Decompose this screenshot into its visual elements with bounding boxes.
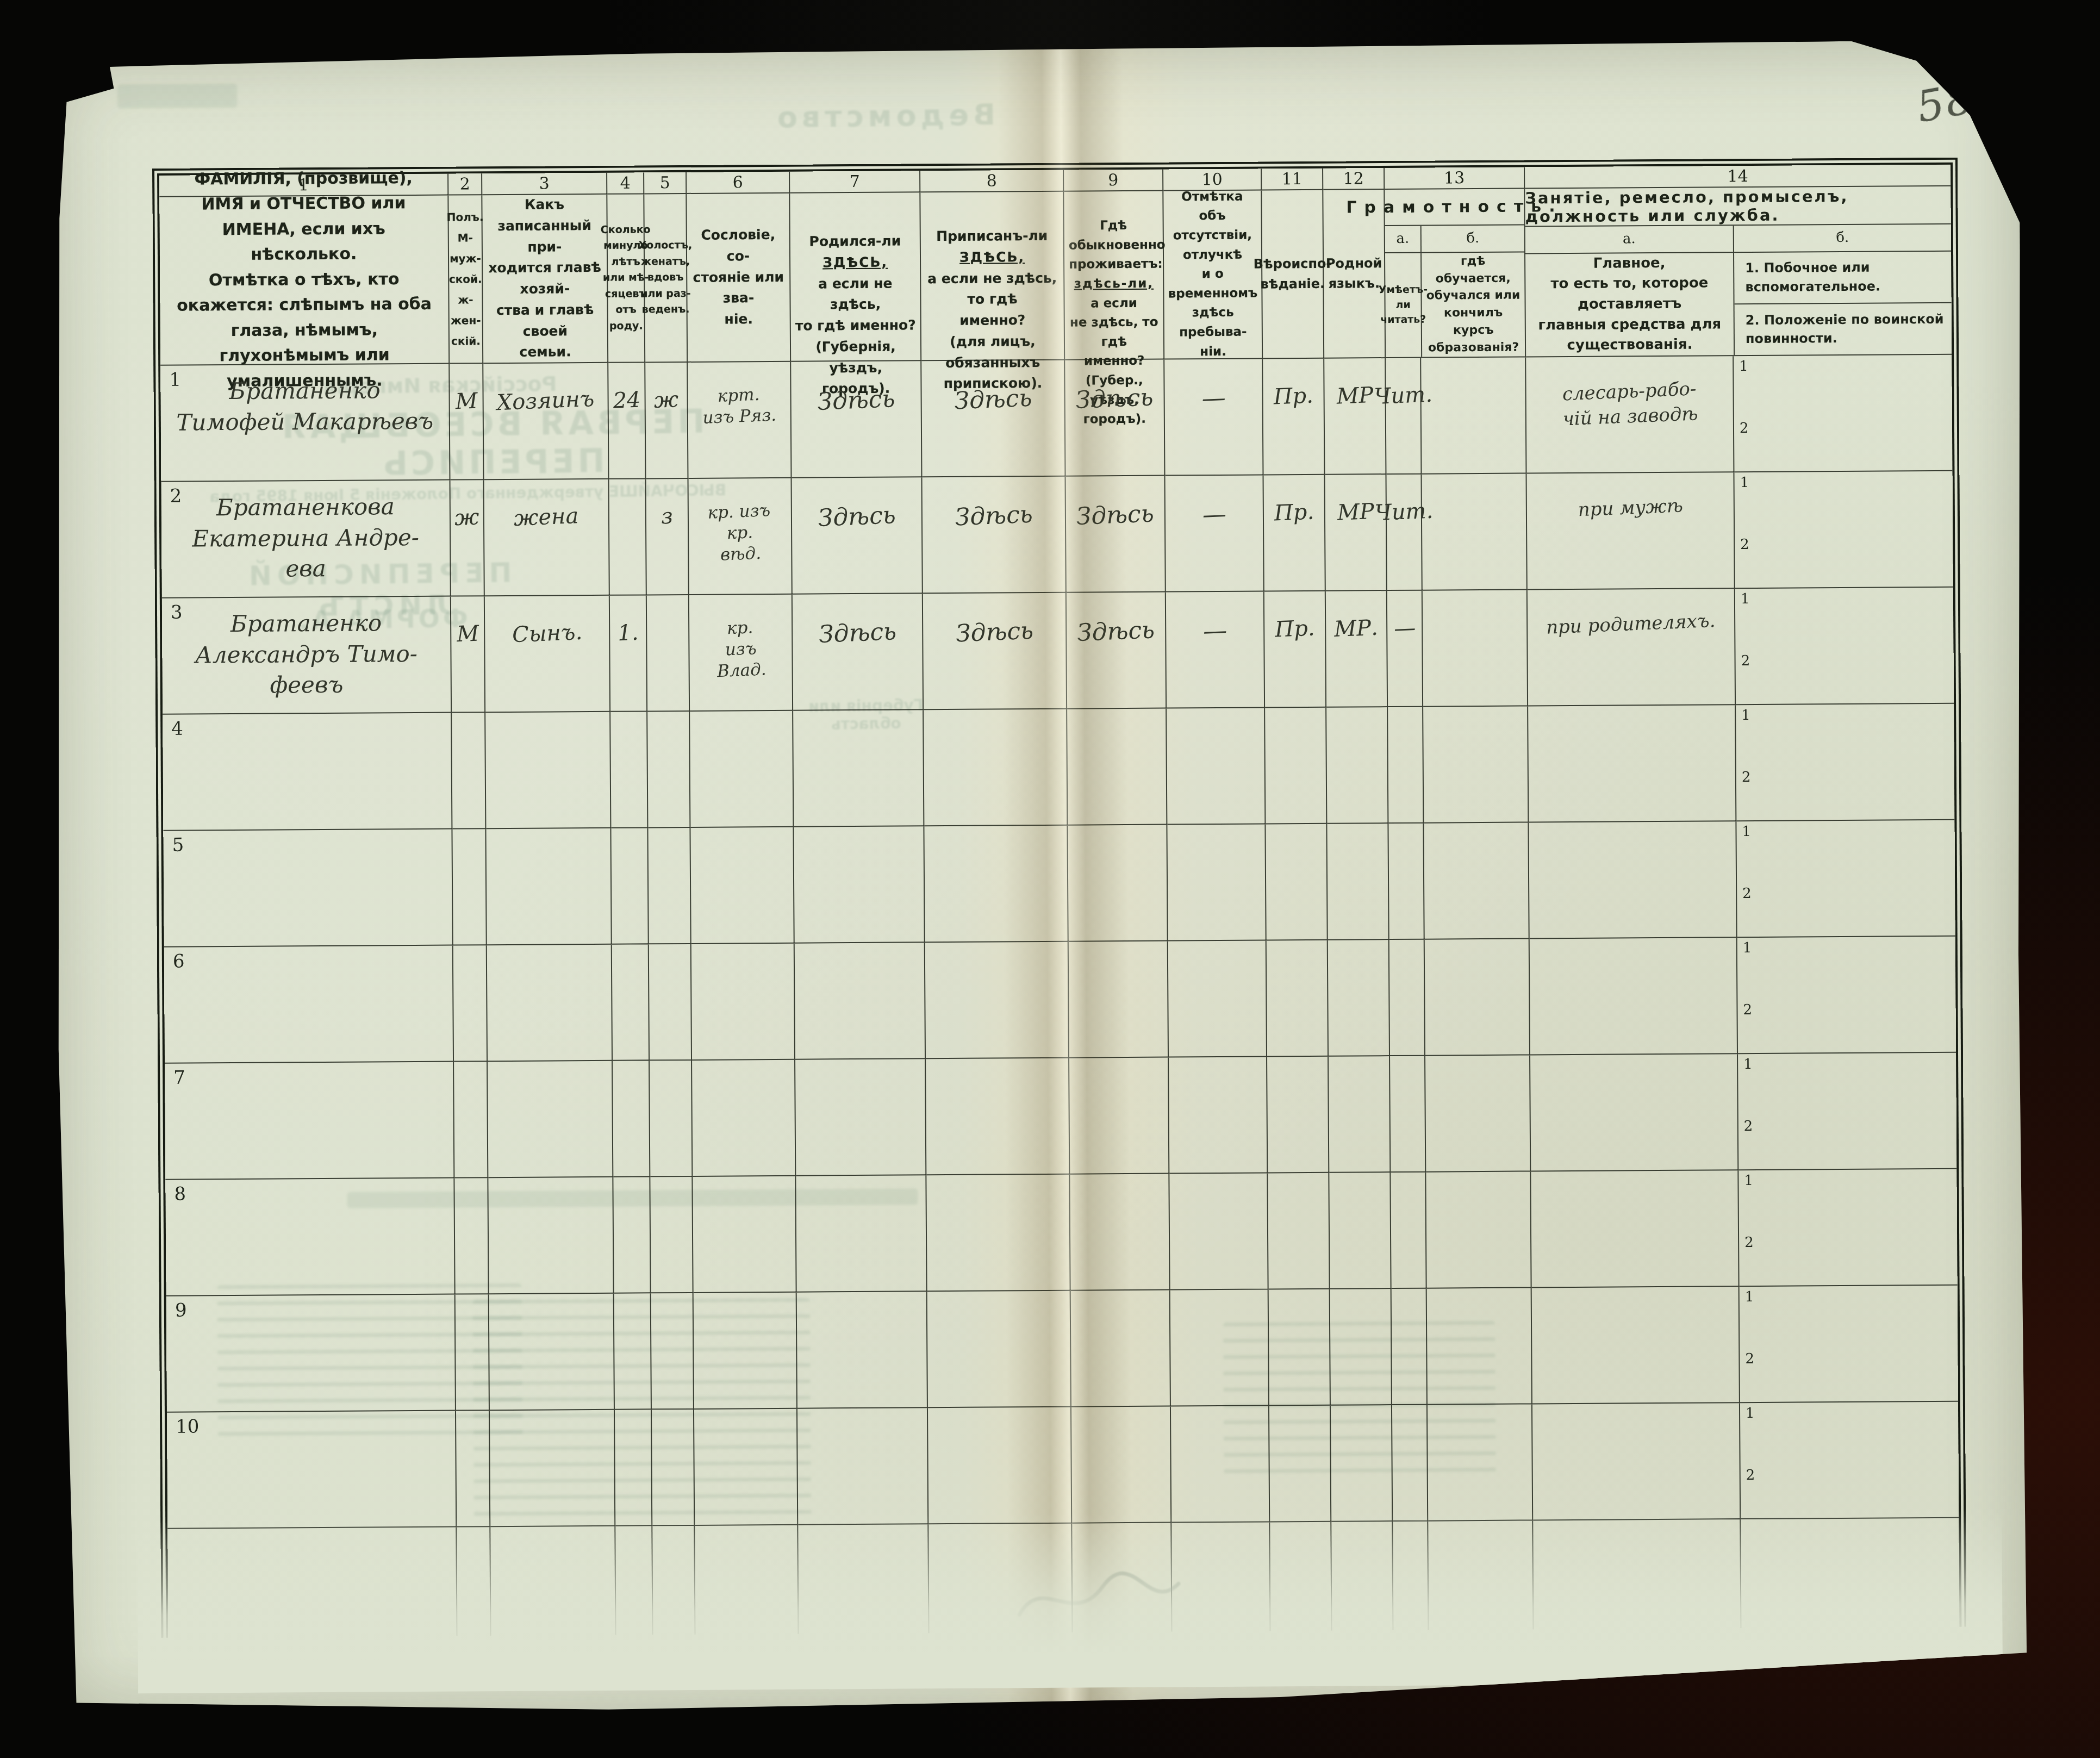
- cell-absence-row-7: [1169, 1057, 1268, 1174]
- cell-occ_main-row-3: при родителяхъ.: [1528, 589, 1736, 706]
- cell-registered-row-5: [924, 826, 1068, 943]
- cell-resides-row-3: Здѣсь: [1067, 593, 1167, 709]
- handwritten-entry: крт. изъ Ряз.: [701, 384, 777, 429]
- cell-language-row-4: [1326, 707, 1388, 824]
- cell-absence-row-9: [1170, 1289, 1269, 1406]
- sub-row-label: 2: [1744, 1118, 1753, 1134]
- sub-row-label: 1: [1743, 1056, 1753, 1073]
- handwritten-entry: жена: [513, 501, 579, 533]
- cell-absence-row-4: [1167, 708, 1266, 825]
- handwritten-entry: при мужѣ: [1578, 494, 1684, 523]
- header-underlined-text: ЗДѢСЬ,: [822, 254, 888, 270]
- cell-marital-row-2: з: [646, 479, 689, 595]
- handwritten-entry: Хозяинъ: [496, 384, 595, 417]
- cell-religion-row-5: [1266, 824, 1328, 941]
- cell-registered-row-1: Здѣсь: [921, 360, 1065, 478]
- cell-religion-row-3: Пр.: [1264, 591, 1326, 708]
- col-number-2: 2: [448, 173, 482, 195]
- census-sheet-paper: Ведомство Россійская Имперія ПЕРВАЯ ВСЕО…: [47, 40, 2029, 1715]
- handwritten-entry: МР: [1336, 381, 1374, 412]
- cell-sex-row-2: ж: [451, 480, 485, 596]
- handwritten-entry: кр. изъ кр. вѣд.: [707, 500, 772, 566]
- cell-lit_edu-row-1: [1421, 357, 1526, 474]
- cell-estate-row-4: [690, 711, 794, 828]
- row-number: 2: [170, 485, 182, 507]
- handwritten-entry: Пр.: [1273, 381, 1313, 412]
- sub-cell-1: 1: [1735, 589, 1736, 651]
- cell-sex-row-3: М: [451, 596, 485, 713]
- cell-lit_read-row-2: Чит.: [1386, 475, 1422, 591]
- sub-cell-2: 2: [1736, 767, 1737, 820]
- cell-name-row-8: 8: [165, 1179, 455, 1296]
- row-number: 10: [176, 1416, 200, 1437]
- handwritten-entry: з: [660, 502, 674, 532]
- cell-resides-row-5: [1068, 825, 1168, 942]
- cell-age-row-10: [615, 1410, 652, 1526]
- cell-side-row-6: 12: [1737, 937, 1956, 1054]
- sub-row-label: 2: [1745, 1351, 1754, 1367]
- header-underlined-text: здѣсь-ли,: [1074, 277, 1154, 291]
- column-line-stub: [1428, 1520, 1534, 1630]
- literacy-group-title: Грамотность.: [1385, 189, 1524, 226]
- cell-age-row-7: [613, 1061, 650, 1177]
- cell-religion-row-10: [1269, 1406, 1331, 1523]
- cell-lit_read-row-6: [1389, 940, 1425, 1056]
- sub-row-label: 1: [1743, 940, 1752, 956]
- cell-registered-row-4: [924, 709, 1068, 827]
- row-number: 1: [169, 369, 181, 391]
- cell-born-row-10: [797, 1408, 929, 1525]
- cell-registered-row-3: Здѣсь: [923, 593, 1067, 710]
- cell-sex-row-7: [454, 1062, 488, 1178]
- cell-relation-row-9: [489, 1294, 615, 1411]
- cell-side-row-1: 12: [1734, 355, 1952, 472]
- cell-lit_edu-row-2: [1422, 473, 1527, 590]
- sub-cell-1: 1: [1736, 821, 1737, 883]
- sub-row-label: 2: [1742, 769, 1751, 786]
- sub-cell-2: 2: [1740, 1349, 1740, 1402]
- sub-row-label: 2: [1741, 653, 1750, 669]
- cell-lit_read-row-9: [1392, 1289, 1428, 1405]
- handwritten-entry: —: [1393, 613, 1416, 644]
- cell-name-row-5: 5: [163, 830, 453, 947]
- header-side-occupation-1: 1. Побочное или вспомогательное.: [1734, 251, 1952, 304]
- sub-row-label: 1: [1745, 1289, 1754, 1305]
- cell-relation-row-10: [490, 1410, 615, 1527]
- column-line-stub: [490, 1526, 616, 1636]
- row-number: 5: [172, 834, 184, 856]
- handwritten-entry: при родителяхъ.: [1546, 609, 1716, 641]
- cell-language-row-5: [1327, 824, 1389, 940]
- col-number-13: 13: [1385, 167, 1525, 190]
- handwritten-page-number: 58: [1913, 74, 1978, 132]
- sub-cell-2: 2: [1741, 1465, 1741, 1518]
- cell-absence-row-1: —: [1164, 359, 1263, 476]
- cell-sex-row-1: М: [450, 364, 484, 480]
- cell-estate-row-2: кр. изъ кр. вѣд.: [689, 478, 793, 595]
- cell-occ_main-row-9: [1532, 1287, 1740, 1404]
- cell-side-row-5: 12: [1736, 820, 1955, 938]
- cell-occ_main-row-4: [1528, 705, 1736, 822]
- handwritten-entry: слесарь-рабо- чій на заводѣ: [1561, 377, 1698, 432]
- cell-side-row-10: 12: [1740, 1402, 1959, 1519]
- handwritten-entry: Здѣсь: [955, 615, 1034, 650]
- bleed-through-vedomstvo: Ведомство: [737, 97, 1031, 135]
- cell-marital-row-9: [651, 1293, 694, 1410]
- cell-born-row-8: [796, 1175, 927, 1292]
- column-line-stub: [695, 1525, 799, 1635]
- cell-resides-row-8: [1070, 1174, 1170, 1291]
- header-underlined-text: ЗДѢСЬ,: [959, 249, 1025, 265]
- cell-marital-row-8: [650, 1177, 693, 1293]
- cell-language-row-9: [1330, 1289, 1392, 1406]
- col-number-12: 12: [1323, 168, 1385, 190]
- cell-lit_read-row-10: [1392, 1405, 1428, 1522]
- cell-name-row-1: 1Братаненко Тимофей Макарѣевъ: [160, 364, 450, 482]
- cell-side-row-8: 12: [1738, 1169, 1957, 1287]
- cell-born-row-6: [795, 943, 926, 1059]
- cell-name-row-4: 4: [163, 713, 452, 831]
- cell-lit_read-row-1: Чит.: [1386, 358, 1422, 475]
- header-text: Гдѣ обыкновенно проживаетъ:: [1069, 219, 1166, 272]
- cell-religion-row-7: [1267, 1057, 1329, 1174]
- header-relation-column: Какъ записанный при- ходится главѣ хозяй…: [482, 195, 608, 364]
- cell-lit_edu-row-10: [1428, 1404, 1533, 1521]
- sub-row-label: 1: [1741, 707, 1750, 724]
- header-occupation-group: Занятіе, ремесло, промыселъ, должность и…: [1525, 186, 1952, 358]
- header-birthplace-column: Родился-ли ЗДѢСЬ, а если не здѣсь, то гд…: [790, 192, 921, 361]
- column-line-stub: [1533, 1519, 1741, 1629]
- cell-lit_edu-row-8: [1426, 1171, 1531, 1288]
- cell-religion-row-6: [1267, 940, 1329, 1057]
- column-line-stub: [1393, 1522, 1429, 1630]
- sub-row-label: 2: [1740, 420, 1749, 437]
- cell-sex-row-9: [456, 1294, 490, 1411]
- ink-flourish-mark: [1013, 1562, 1187, 1644]
- row-number: 4: [171, 718, 183, 740]
- cell-born-row-5: [794, 826, 925, 943]
- handwritten-entry: Пр.: [1274, 614, 1315, 645]
- cell-relation-row-2: жена: [484, 479, 610, 596]
- handwritten-entry: М: [454, 386, 478, 417]
- cell-registered-row-6: [925, 942, 1069, 1059]
- handwritten-entry: ж: [454, 502, 480, 533]
- cell-born-row-1: Здѣсь: [791, 361, 922, 478]
- cell-born-row-4: [793, 710, 924, 827]
- cell-name-row-10: 10: [167, 1411, 457, 1529]
- cell-religion-row-2: Пр.: [1263, 475, 1325, 592]
- cell-religion-row-8: [1268, 1173, 1330, 1290]
- header-sex-column: Полъ. М-муж- ской. ж-жен- скій.: [448, 195, 483, 364]
- handwritten-entry: —: [1202, 614, 1227, 647]
- handwritten-name: Братаненко Александръ Тимо- феевъ: [195, 609, 417, 699]
- sub-row-label: 1: [1741, 591, 1750, 607]
- col-number-7: 7: [790, 171, 920, 193]
- sub-row-label: 2: [1742, 886, 1752, 902]
- handwritten-entry: Пр.: [1274, 497, 1314, 528]
- cell-marital-row-6: [649, 944, 692, 1061]
- cell-marital-row-3: [647, 595, 690, 712]
- cell-lit_edu-row-5: [1424, 822, 1529, 939]
- header-absence-column: Отмѣтка объ отсутствіи, отлучкѣ и о врем…: [1163, 190, 1263, 359]
- cell-registered-row-10: [928, 1407, 1072, 1525]
- sub-cell-1: 1: [1740, 1287, 1740, 1349]
- column-line-stub: [1331, 1522, 1393, 1631]
- handwritten-name: Братаненкова Екатерина Андре- ева: [192, 493, 419, 582]
- cell-side-row-7: 12: [1738, 1053, 1956, 1170]
- column-line-stub: [1270, 1522, 1332, 1631]
- header-religion-column: Вѣроиспо- вѣданіе.: [1262, 190, 1324, 359]
- cell-age-row-2: [609, 479, 647, 595]
- cell-lit_read-row-5: [1388, 824, 1424, 940]
- cell-marital-row-4: [647, 712, 690, 828]
- handwritten-entry: Сынъ.: [512, 618, 583, 650]
- cell-estate-row-1: крт. изъ Ряз.: [688, 362, 792, 479]
- row-number: 3: [171, 602, 183, 624]
- cell-estate-row-10: [694, 1409, 798, 1526]
- literacy-sub-b-label: б.: [1422, 225, 1524, 252]
- sub-row-label: 2: [1744, 1235, 1754, 1251]
- cell-marital-row-10: [652, 1410, 695, 1526]
- cell-name-row-3: 3Братаненко Александръ Тимо- феевъ: [162, 597, 452, 715]
- cell-absence-row-8: [1169, 1173, 1268, 1290]
- header-text: Приписанъ-ли: [936, 228, 1048, 244]
- cell-marital-row-7: [650, 1061, 693, 1177]
- cell-marital-row-5: [648, 828, 691, 944]
- col-number-9: 9: [1064, 170, 1163, 192]
- cell-language-row-6: [1328, 940, 1390, 1057]
- row-number: 8: [174, 1183, 186, 1205]
- handwritten-entry: 24: [612, 385, 641, 416]
- cell-lit_read-row-3: —: [1387, 591, 1423, 707]
- sub-cell-2: 2: [1735, 534, 1735, 588]
- cell-language-row-10: [1331, 1405, 1393, 1522]
- cell-relation-row-6: [487, 945, 613, 1062]
- cell-registered-row-8: [926, 1175, 1070, 1292]
- column-line-stub: [652, 1526, 695, 1635]
- header-text: Родился-ли: [809, 233, 901, 250]
- header-education: гдѣ обучается, обучался или кончилъ курс…: [1422, 252, 1525, 357]
- header-estate-column: Сословіе, со- стояніе или зва- ніе.: [687, 194, 791, 363]
- column-line-stub: [167, 1528, 457, 1638]
- cell-lit_edu-row-9: [1427, 1288, 1532, 1405]
- handwritten-entry: кр. изъ Влад.: [715, 617, 767, 682]
- header-side-occupation: 1. Побочное или вспомогательное. 2. Поло…: [1734, 251, 1952, 355]
- cell-lit_edu-row-7: [1425, 1055, 1531, 1172]
- handwritten-entry: М: [456, 619, 479, 650]
- cell-estate-row-7: [692, 1060, 796, 1177]
- header-registration-column: Приписанъ-ли ЗДѢСЬ, а если не здѣсь, то …: [920, 192, 1065, 361]
- cell-sex-row-6: [453, 945, 488, 1062]
- cell-estate-row-9: [694, 1293, 797, 1410]
- cell-language-row-2: МР: [1325, 475, 1387, 591]
- handwritten-entry: Здѣсь: [1076, 497, 1155, 533]
- cell-language-row-1: МР: [1324, 358, 1386, 475]
- sub-cell-1: 1: [1737, 938, 1738, 1000]
- cell-absence-row-10: [1171, 1406, 1270, 1523]
- cell-lit_read-row-8: [1391, 1173, 1426, 1289]
- cell-sex-row-4: [452, 713, 486, 829]
- col-number-4: 4: [607, 172, 644, 194]
- cell-occ_main-row-6: [1530, 938, 1738, 1055]
- cell-occ_main-row-8: [1531, 1170, 1739, 1288]
- row-number: 9: [175, 1300, 187, 1321]
- cell-estate-row-5: [690, 827, 794, 944]
- cell-born-row-2: Здѣсь: [792, 477, 923, 594]
- header-literacy-group: Грамотность. а. б. Умѣетъ- ли читать? гд…: [1385, 189, 1526, 359]
- cell-side-row-9: 12: [1740, 1286, 1958, 1403]
- cell-sex-row-5: [452, 829, 487, 945]
- handwritten-entry: —: [1201, 382, 1226, 415]
- cell-relation-row-8: [488, 1177, 614, 1294]
- handwritten-entry: Здѣсь: [817, 383, 895, 418]
- cell-resides-row-10: [1071, 1407, 1171, 1524]
- handwritten-entry: МР: [1336, 497, 1374, 528]
- literacy-sub-a-label: а.: [1385, 226, 1422, 252]
- column-line-stub: [798, 1524, 929, 1634]
- cell-lit_edu-row-6: [1425, 939, 1530, 1056]
- sub-cell-1: 1: [1738, 1170, 1739, 1232]
- cell-resides-row-6: [1069, 942, 1169, 1058]
- col-number-8: 8: [920, 170, 1064, 193]
- cell-resides-row-4: [1067, 709, 1167, 826]
- handwritten-entry: Здѣсь: [954, 382, 1032, 417]
- sub-cell-2: 2: [1735, 651, 1736, 704]
- sub-row-label: 1: [1739, 358, 1748, 375]
- cell-registered-row-7: [926, 1058, 1070, 1176]
- handwritten-entry: —: [1201, 498, 1226, 531]
- bleed-through-texture: [845, 1672, 1051, 1687]
- cell-estate-row-8: [693, 1176, 796, 1293]
- cell-resides-row-2: Здѣсь: [1065, 476, 1166, 593]
- cell-estate-row-6: [691, 944, 795, 1061]
- cell-name-row-6: 6: [164, 946, 454, 1064]
- sub-row-label: 2: [1743, 1002, 1752, 1018]
- header-residence-column: Гдѣ обыкновенно проживаетъ: здѣсь-ли, а …: [1064, 191, 1164, 360]
- cell-absence-row-3: —: [1166, 591, 1265, 708]
- sub-cell-1: 1: [1734, 472, 1735, 534]
- header-marital-column: Холостъ, женатъ, вдовъ или раз- веденъ.: [644, 194, 688, 363]
- cell-sex-row-8: [454, 1178, 489, 1294]
- cell-registered-row-9: [927, 1291, 1071, 1408]
- sub-cell-2: 2: [1737, 1000, 1738, 1053]
- cell-estate-row-3: кр. изъ Влад.: [689, 595, 793, 712]
- handwritten-entry: Здѣсь: [954, 498, 1033, 534]
- cell-age-row-5: [611, 828, 649, 944]
- cell-born-row-7: [795, 1059, 926, 1176]
- cell-relation-row-3: Сынъ.: [485, 596, 610, 713]
- handwritten-entry: Здѣсь: [1076, 614, 1155, 649]
- handwritten-entry: МР.: [1333, 613, 1379, 644]
- cell-language-row-7: [1329, 1056, 1391, 1173]
- cell-sex-row-10: [456, 1411, 490, 1527]
- occupation-sub-b-label: б.: [1734, 225, 1951, 252]
- sub-cell-1: 1: [1736, 705, 1736, 767]
- cell-occ_main-row-10: [1532, 1403, 1741, 1520]
- cell-religion-row-4: [1265, 708, 1327, 825]
- cell-age-row-9: [614, 1293, 652, 1410]
- sub-row-label: 1: [1740, 475, 1749, 491]
- census-table: 1 2 3 4 5 6 7 8 9 10 11 12 13 14 ФАМИЛІЯ…: [152, 158, 1966, 1638]
- cell-absence-row-5: [1167, 824, 1266, 941]
- sub-row-label: 1: [1742, 824, 1751, 840]
- sub-row-label: 1: [1744, 1173, 1753, 1189]
- sub-row-label: 1: [1746, 1405, 1755, 1422]
- sub-cell-2: 2: [1739, 1232, 1740, 1286]
- cell-resides-row-7: [1069, 1058, 1169, 1175]
- cell-lit_edu-row-4: [1423, 706, 1529, 823]
- col-number-14: 14: [1525, 165, 1951, 189]
- cell-age-row-1: 24: [608, 363, 646, 479]
- sub-cell-1: 1: [1734, 356, 1734, 418]
- handwritten-entry: Здѣсь: [817, 499, 896, 534]
- handwritten-entry: Здѣсь: [818, 615, 897, 651]
- header-name-column: ФАМИЛІЯ, (прозвище), ИМЯ и ОТЧЕСТВО или …: [159, 196, 450, 366]
- cell-age-row-6: [612, 944, 650, 1061]
- sub-row-label: 2: [1746, 1467, 1755, 1483]
- column-line-stub: [457, 1527, 491, 1636]
- cell-resides-row-1: Здѣсь: [1065, 360, 1165, 477]
- cell-occ_main-row-1: слесарь-рабо- чій на заводѣ: [1526, 356, 1734, 473]
- cell-religion-row-1: Пр.: [1263, 359, 1325, 476]
- cell-name-row-2: 2Братаненкова Екатерина Андре- ева: [161, 481, 451, 599]
- header-military-status: 2. Положеніе по воинской повинности.: [1735, 303, 1952, 355]
- scanner-background: Ведомство Россійская Имперія ПЕРВАЯ ВСЕО…: [0, 0, 2100, 1758]
- cell-born-row-3: Здѣсь: [793, 594, 924, 710]
- cell-side-row-3: 12: [1735, 588, 1954, 705]
- cell-age-row-3: 1.: [610, 595, 647, 712]
- cell-name-row-7: 7: [165, 1062, 454, 1180]
- handwritten-entry: 1.: [617, 618, 639, 649]
- cell-absence-row-6: [1168, 940, 1267, 1057]
- handwritten-entry: Здѣсь: [1075, 381, 1154, 416]
- cell-language-row-3: МР.: [1326, 591, 1388, 708]
- cell-marital-row-1: ж: [645, 363, 688, 479]
- row-number: 6: [173, 951, 185, 972]
- cell-age-row-8: [613, 1177, 651, 1293]
- cell-born-row-9: [797, 1292, 928, 1408]
- cell-occ_main-row-2: при мужѣ: [1526, 472, 1735, 590]
- cell-occ_main-row-5: [1529, 821, 1737, 939]
- header-main-occupation: Главное, то есть то, которое доставляетъ…: [1525, 253, 1735, 357]
- header-can-read: Умѣетъ- ли читать?: [1385, 253, 1422, 357]
- sub-cell-1: 1: [1738, 1054, 1738, 1116]
- row-number: 7: [173, 1067, 185, 1089]
- sub-cell-1: 1: [1740, 1403, 1741, 1465]
- col-number-3: 3: [482, 173, 607, 195]
- col-number-5: 5: [644, 172, 687, 194]
- occupation-group-title: Занятіе, ремесло, промыселъ, должность и…: [1525, 186, 1951, 227]
- cell-name-row-9: 9: [166, 1295, 456, 1413]
- col-number-11: 11: [1262, 169, 1323, 191]
- cell-relation-row-7: [488, 1061, 613, 1178]
- column-line-stub: [1741, 1518, 1959, 1628]
- col-number-6: 6: [687, 172, 790, 194]
- sub-cell-2: 2: [1734, 418, 1735, 471]
- cell-registered-row-2: Здѣсь: [923, 477, 1067, 594]
- cell-religion-row-9: [1269, 1289, 1331, 1406]
- cell-side-row-4: 12: [1736, 704, 1954, 821]
- cell-occ_main-row-7: [1530, 1054, 1738, 1171]
- cell-relation-row-4: [485, 712, 611, 829]
- occupation-sub-a-label: а.: [1525, 226, 1734, 253]
- cell-language-row-8: [1329, 1173, 1391, 1289]
- cell-lit_read-row-7: [1390, 1056, 1426, 1173]
- handwritten-entry: ж: [653, 385, 680, 415]
- cell-side-row-2: 12: [1734, 471, 1953, 589]
- column-line-stub: [615, 1526, 653, 1635]
- sub-cell-2: 2: [1737, 883, 1737, 937]
